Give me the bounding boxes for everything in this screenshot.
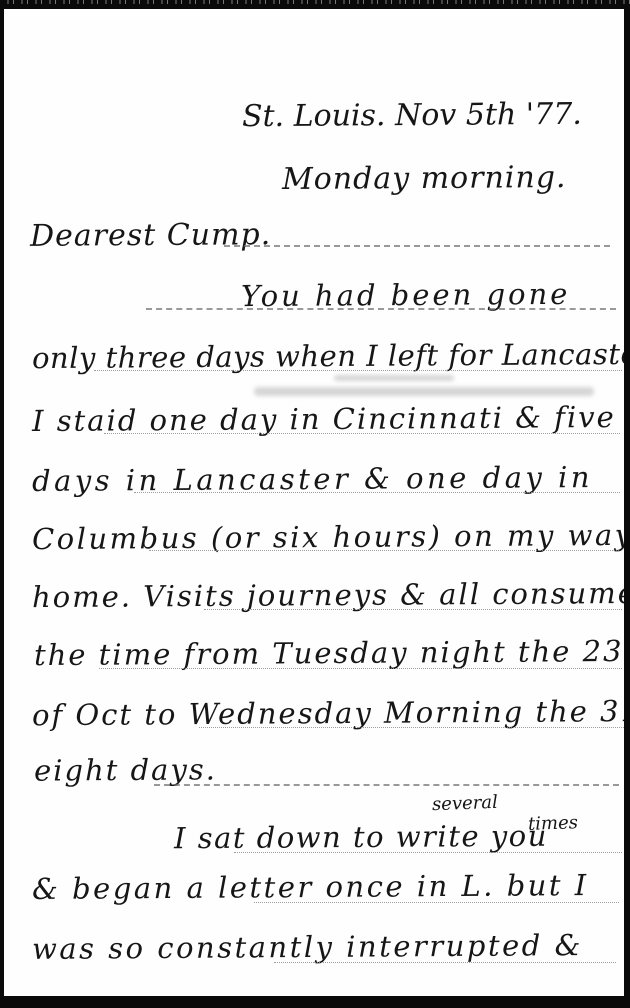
ruled-line — [204, 609, 622, 610]
letter-line: the time from Tuesday night the 23d — [34, 637, 624, 670]
ruled-line — [146, 308, 616, 310]
ruled-line — [94, 370, 622, 371]
scanned-letter-page: St. Louis. Nov 5th '77. Monday morning. … — [0, 0, 630, 1008]
letter-line: only three days when I left for Lancaste… — [32, 340, 624, 373]
ruled-line — [199, 727, 624, 728]
letter-line: I staid one day in Cincinnati & five — [32, 403, 616, 436]
letter-line: was so constantly interrupted & — [32, 931, 583, 964]
letter-subheading: Monday morning. — [282, 163, 567, 195]
ruled-line — [224, 245, 610, 247]
ruled-line — [274, 962, 616, 963]
letter-line: of Oct to Wednesday Morning the 31st — [32, 697, 624, 730]
scan-smudge — [254, 387, 594, 396]
ruled-line — [104, 433, 620, 434]
letter-line: home. Visits journeys & all consumed — [32, 579, 624, 612]
letter-line: You had been gone — [241, 280, 571, 311]
insertion-word-times: times — [528, 814, 579, 834]
ruled-line — [134, 492, 620, 493]
insertion-word-several: several — [432, 794, 498, 814]
letter-paper: St. Louis. Nov 5th '77. Monday morning. … — [4, 9, 624, 996]
letter-dateline: St. Louis. Nov 5th '77. — [242, 100, 582, 132]
scan-border-noise — [0, 0, 630, 4]
letter-line: & began a letter once in L. but I — [32, 871, 589, 904]
letter-line: I sat down to write you — [174, 822, 548, 854]
letter-line: eight days. — [34, 755, 217, 785]
ruled-line — [234, 852, 622, 853]
letter-salutation: Dearest Cump. — [30, 220, 271, 252]
ruled-line — [154, 784, 619, 786]
ruled-line — [254, 902, 619, 903]
ruled-line — [99, 668, 622, 669]
ruled-line — [149, 550, 619, 551]
scan-smudge — [334, 375, 454, 381]
